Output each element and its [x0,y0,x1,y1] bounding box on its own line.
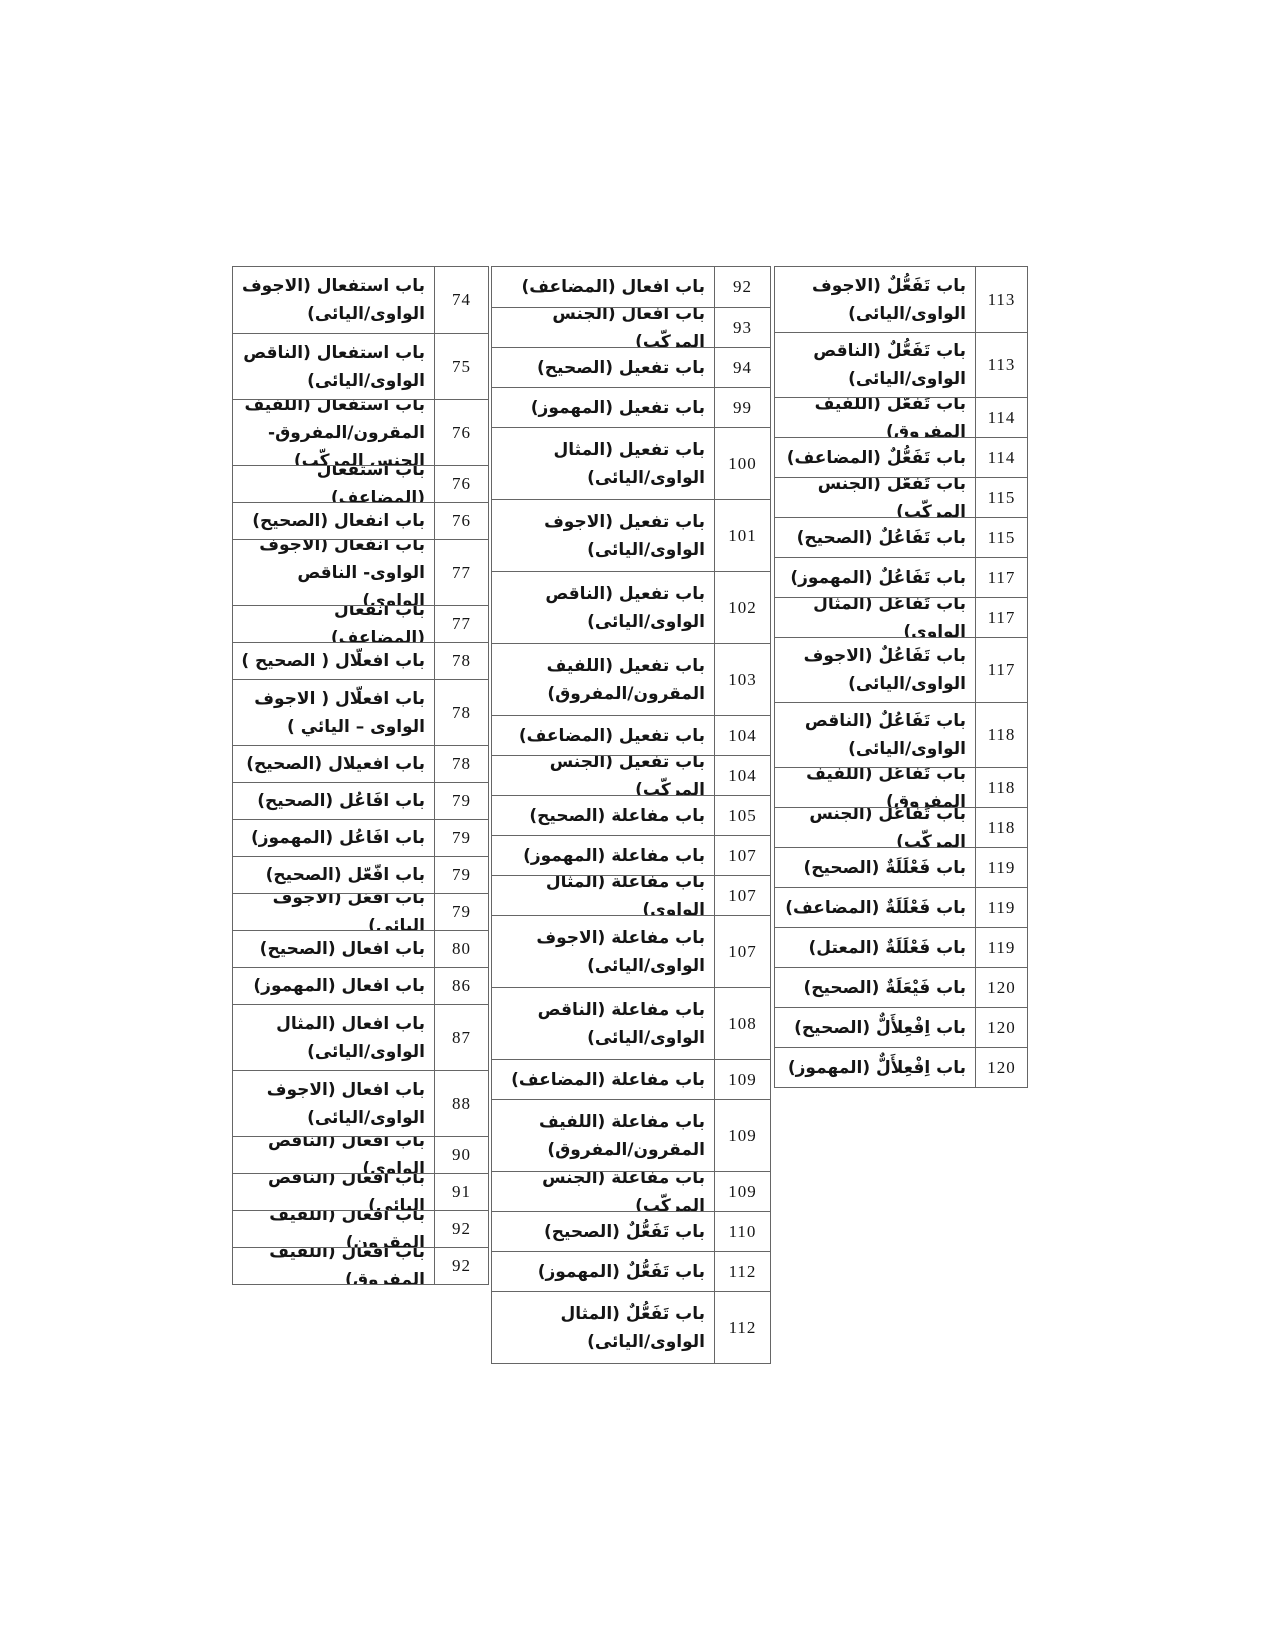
bab-title: باب مفاعلة (المضاعف) [492,1060,714,1099]
page-number: 108 [714,988,770,1059]
toc-row: باب انفعال (الاجوف الواوى- الناقص الواوى… [233,539,488,605]
bab-title: باب افعيلال (الصحيح) [233,746,434,782]
toc-column-left: باب استفعال (الاجوف الواوى/اليائى)74باب … [232,266,489,1285]
bab-title: باب استفعال (الناقص الواوى/اليائى) [233,334,434,399]
toc-row: باب تَفَاعُلٌ (الاجوف الواوى/اليائى)117 [775,637,1027,702]
page-number: 104 [714,716,770,755]
page-number: 101 [714,500,770,571]
bab-title: باب افّعّل (الاجوف اليائى) [233,894,434,930]
page-number: 94 [714,348,770,387]
page-number: 74 [434,267,488,333]
page-number: 119 [975,888,1027,927]
toc-row: باب افعال (اللفيف المفروق)92 [233,1247,488,1284]
bab-title: باب افَاعُل (الصحيح) [233,783,434,819]
page-number: 120 [975,1048,1027,1087]
toc-row: باب تَفَاعُلٌ (المثال الواوى)117 [775,597,1027,637]
bab-title: باب مفاعلة (الصحيح) [492,796,714,835]
page-number: 99 [714,388,770,427]
toc-row: باب مفاعلة (المضاعف)109 [492,1059,770,1099]
toc-row: باب تَفَعُّلٌ (المضاعف)114 [775,437,1027,477]
page-number: 80 [434,931,488,967]
toc-row: باب استفعال (الاجوف الواوى/اليائى)74 [233,267,488,333]
toc-row: باب افَاعُل (الصحيح)79 [233,782,488,819]
toc-row: باب افعال (الاجوف الواوى/اليائى)88 [233,1070,488,1136]
page-number: 75 [434,334,488,399]
toc-row: باب تَفَعُّلٌ (الجنس المركّب)115 [775,477,1027,517]
toc-row: باب مفاعلة (الناقص الواوى/اليائى)108 [492,987,770,1059]
page-number: 120 [975,1008,1027,1047]
bab-title: باب مفاعلة (المثال الواوى) [492,876,714,915]
page-number: 118 [975,768,1027,807]
page-number: 117 [975,638,1027,702]
toc-row: باب افعلّال ( الاجوف الواوى – اليائي )78 [233,679,488,745]
bab-title: باب تَفَعُّلٌ (الجنس المركّب) [775,478,975,517]
bab-title: باب استفعال (المضاعف) [233,466,434,502]
page-number: 79 [434,783,488,819]
bab-title: باب مفاعلة (المهموز) [492,836,714,875]
bab-title: باب افعال (المهموز) [233,968,434,1004]
page-number: 91 [434,1174,488,1210]
page-number: 79 [434,820,488,856]
toc-row: باب تفعيل (الجنس المركّب)104 [492,755,770,795]
toc-row: باب فَعْلَلَةٌ (المعتل)119 [775,927,1027,967]
toc-row: باب مفاعلة (المثال الواوى)107 [492,875,770,915]
bab-title: باب افعال (الاجوف الواوى/اليائى) [233,1071,434,1136]
bab-title: باب افعال (المضاعف) [492,267,714,307]
page-number: 109 [714,1060,770,1099]
toc-row: باب تَفَعُّلٌ (الصحيح)110 [492,1211,770,1251]
page-number: 107 [714,916,770,987]
page-number: 78 [434,643,488,679]
bab-title: باب فَيْعَلَةٌ (الصحيح) [775,968,975,1007]
toc-row: باب تفعيل (الاجوف الواوى/اليائى)101 [492,499,770,571]
bab-title: باب اِفْعِلأَلٌّ (الصحيح) [775,1008,975,1047]
toc-row: باب افعال (الناقص اليائى)91 [233,1173,488,1210]
bab-title: باب تَفَعُّلٌ (المهموز) [492,1252,714,1291]
bab-title: باب فَعْلَلَةٌ (المعتل) [775,928,975,967]
bab-title: باب تفعيل (اللفيف المقرون/المفروق) [492,644,714,715]
toc-row: باب تَفَعُّلٌ (الاجوف الواوى/اليائى)113 [775,267,1027,332]
toc-row: باب مفاعلة (المهموز)107 [492,835,770,875]
bab-title: باب استفعال (الاجوف الواوى/اليائى) [233,267,434,333]
page-number: 100 [714,428,770,499]
page-number: 103 [714,644,770,715]
page-number: 90 [434,1137,488,1173]
bab-title: باب انفعال (الاجوف الواوى- الناقص الواوى… [233,540,434,605]
page-number: 113 [975,267,1027,332]
page-number: 92 [434,1211,488,1247]
page-number: 92 [714,267,770,307]
page-number: 76 [434,400,488,465]
page-number: 119 [975,928,1027,967]
toc-row: باب تَفَاعُلٌ (الناقص الواوى/اليائى)118 [775,702,1027,767]
page-number: 76 [434,503,488,539]
bab-title: باب تفعيل (المهموز) [492,388,714,427]
page-number: 102 [714,572,770,643]
bab-title: باب افعال (اللفيف المفروق) [233,1248,434,1284]
page-number: 117 [975,558,1027,597]
page-number: 105 [714,796,770,835]
bab-title: باب افعال (الجنس المركّب) [492,308,714,347]
toc-row: باب تفعيل (اللفيف المقرون/المفروق)103 [492,643,770,715]
toc-row: باب افعال (الصحيح)80 [233,930,488,967]
toc-row: باب تَفَاعُلٌ (الصحيح)115 [775,517,1027,557]
toc-row: باب افعال (المثال الواوى/اليائى)87 [233,1004,488,1070]
page-number: 112 [714,1292,770,1363]
toc-row: باب تَفَاعُلٌ (المهموز)117 [775,557,1027,597]
page-number: 104 [714,756,770,795]
page-number: 115 [975,478,1027,517]
bab-title: باب فَعْلَلَةٌ (الصحيح) [775,848,975,887]
page-number: 77 [434,540,488,605]
toc-row: باب فَيْعَلَةٌ (الصحيح)120 [775,967,1027,1007]
bab-title: باب افّعّل (الصحيح) [233,857,434,893]
toc-row: باب افعال (الناقص الواوى)90 [233,1136,488,1173]
toc-row: باب افعيلال (الصحيح)78 [233,745,488,782]
toc-row: باب تَفَعُّلٌ (الناقص الواوى/اليائى)113 [775,332,1027,397]
toc-row: باب فَعْلَلَةٌ (المضاعف)119 [775,887,1027,927]
toc-row: باب تفعيل (المهموز)99 [492,387,770,427]
bab-title: باب تَفَعُّلٌ (المثال الواوى/اليائى) [492,1292,714,1363]
bab-title: باب تَفَعُّلٌ (الاجوف الواوى/اليائى) [775,267,975,332]
toc-row: باب تَفَعُّلٌ (المثال الواوى/اليائى)112 [492,1291,770,1363]
bab-title: باب تفعيل (الاجوف الواوى/اليائى) [492,500,714,571]
page-number: 120 [975,968,1027,1007]
page-number: 79 [434,894,488,930]
page-number: 118 [975,808,1027,847]
bab-title: باب افعلّال ( الصحيح ) [233,643,434,679]
toc-column-right: باب تَفَعُّلٌ (الاجوف الواوى/اليائى)113ب… [774,266,1028,1088]
bab-title: باب انفعال (المضاعف) [233,606,434,642]
page-number: 77 [434,606,488,642]
toc-row: باب اِفْعِلأَلٌّ (المهموز)120 [775,1047,1027,1087]
page-number: 115 [975,518,1027,557]
page-number: 112 [714,1252,770,1291]
toc-row: باب تَفَاعُلٌ (الجنس المركّب)118 [775,807,1027,847]
bab-title: باب انفعال (الصحيح) [233,503,434,539]
bab-title: باب مفاعلة (الناقص الواوى/اليائى) [492,988,714,1059]
toc-row: باب تفعيل (الصحيح)94 [492,347,770,387]
bab-title: باب افعال (اللفيف المقرون) [233,1211,434,1247]
page-number: 79 [434,857,488,893]
page-number: 114 [975,398,1027,437]
page-number: 78 [434,680,488,745]
toc-row: باب تَفَعُّلٌ (المهموز)112 [492,1251,770,1291]
toc-row: باب انفعال (المضاعف)77 [233,605,488,642]
bab-title: باب تَفَعُّلٌ (المضاعف) [775,438,975,477]
bab-title: باب تَفَاعُلٌ (الناقص الواوى/اليائى) [775,703,975,767]
bab-title: باب تَفَاعُلٌ (المهموز) [775,558,975,597]
bab-title: باب استفعال (اللفيف المقرون/المفروق-الجن… [233,400,434,465]
toc-row: باب تَفَعُّلٌ (اللفيف المفروق)114 [775,397,1027,437]
toc-row: باب تَفَاعُلٌ (اللفيف المفروق)118 [775,767,1027,807]
toc-row: باب استفعال (المضاعف)76 [233,465,488,502]
bab-title: باب تفعيل (الجنس المركّب) [492,756,714,795]
bab-title: باب تفعيل (المثال الواوى/اليائى) [492,428,714,499]
page-number: 78 [434,746,488,782]
bab-title: باب تفعيل (الصحيح) [492,348,714,387]
bab-title: باب اِفْعِلأَلٌّ (المهموز) [775,1048,975,1087]
page-number: 118 [975,703,1027,767]
page-number: 110 [714,1212,770,1251]
toc-column-middle: باب افعال (المضاعف)92باب افعال (الجنس ال… [491,266,771,1364]
bab-title: باب تَفَاعُلٌ (الصحيح) [775,518,975,557]
bab-title: باب تَفَاعُلٌ (الاجوف الواوى/اليائى) [775,638,975,702]
toc-row: باب افعلّال ( الصحيح )78 [233,642,488,679]
bab-title: باب افعال (الناقص اليائى) [233,1174,434,1210]
toc-row: باب مفاعلة (الاجوف الواوى/اليائى)107 [492,915,770,987]
bab-title: باب تَفَعُّلٌ (اللفيف المفروق) [775,398,975,437]
bab-title: باب تَفَعُّلٌ (الناقص الواوى/اليائى) [775,333,975,397]
page-number: 76 [434,466,488,502]
bab-title: باب افعال (الصحيح) [233,931,434,967]
toc-row: باب انفعال (الصحيح)76 [233,502,488,539]
document-page: باب استفعال (الاجوف الواوى/اليائى)74باب … [0,0,1275,1650]
page-number: 92 [434,1248,488,1284]
toc-row: باب افعال (اللفيف المقرون)92 [233,1210,488,1247]
toc-row: باب مفاعلة (الجنس المركّب)109 [492,1171,770,1211]
toc-row: باب مفاعلة (الصحيح)105 [492,795,770,835]
page-number: 87 [434,1005,488,1070]
bab-title: باب مفاعلة (الاجوف الواوى/اليائى) [492,916,714,987]
toc-row: باب مفاعلة (اللفيف المقرون/المفروق)109 [492,1099,770,1171]
toc-row: باب افعال (الجنس المركّب)93 [492,307,770,347]
toc-row: باب افعال (المهموز)86 [233,967,488,1004]
bab-title: باب افَاعُل (المهموز) [233,820,434,856]
toc-row: باب افعال (المضاعف)92 [492,267,770,307]
page-number: 109 [714,1172,770,1211]
page-number: 113 [975,333,1027,397]
bab-title: باب تَفَاعُلٌ (الجنس المركّب) [775,808,975,847]
toc-row: باب استفعال (الناقص الواوى/اليائى)75 [233,333,488,399]
toc-row: باب افّعّل (الاجوف اليائى)79 [233,893,488,930]
toc-row: باب تفعيل (المضاعف)104 [492,715,770,755]
bab-title: باب تَفَاعُلٌ (اللفيف المفروق) [775,768,975,807]
bab-title: باب افعلّال ( الاجوف الواوى – اليائي ) [233,680,434,745]
page-number: 88 [434,1071,488,1136]
bab-title: باب تَفَعُّلٌ (الصحيح) [492,1212,714,1251]
bab-title: باب تفعيل (الناقص الواوى/اليائى) [492,572,714,643]
bab-title: باب تَفَاعُلٌ (المثال الواوى) [775,598,975,637]
page-number: 107 [714,876,770,915]
toc-row: باب فَعْلَلَةٌ (الصحيح)119 [775,847,1027,887]
bab-title: باب مفاعلة (اللفيف المقرون/المفروق) [492,1100,714,1171]
page-number: 109 [714,1100,770,1171]
toc-row: باب افّعّل (الصحيح)79 [233,856,488,893]
bab-title: باب تفعيل (المضاعف) [492,716,714,755]
bab-title: باب مفاعلة (الجنس المركّب) [492,1172,714,1211]
page-number: 107 [714,836,770,875]
bab-title: باب افعال (المثال الواوى/اليائى) [233,1005,434,1070]
toc-row: باب تفعيل (المثال الواوى/اليائى)100 [492,427,770,499]
toc-row: باب اِفْعِلأَلٌّ (الصحيح)120 [775,1007,1027,1047]
bab-title: باب افعال (الناقص الواوى) [233,1137,434,1173]
toc-row: باب افَاعُل (المهموز)79 [233,819,488,856]
page-number: 117 [975,598,1027,637]
page-number: 86 [434,968,488,1004]
page-number: 93 [714,308,770,347]
toc-row: باب استفعال (اللفيف المقرون/المفروق-الجن… [233,399,488,465]
page-number: 119 [975,848,1027,887]
toc-row: باب تفعيل (الناقص الواوى/اليائى)102 [492,571,770,643]
page-number: 114 [975,438,1027,477]
bab-title: باب فَعْلَلَةٌ (المضاعف) [775,888,975,927]
